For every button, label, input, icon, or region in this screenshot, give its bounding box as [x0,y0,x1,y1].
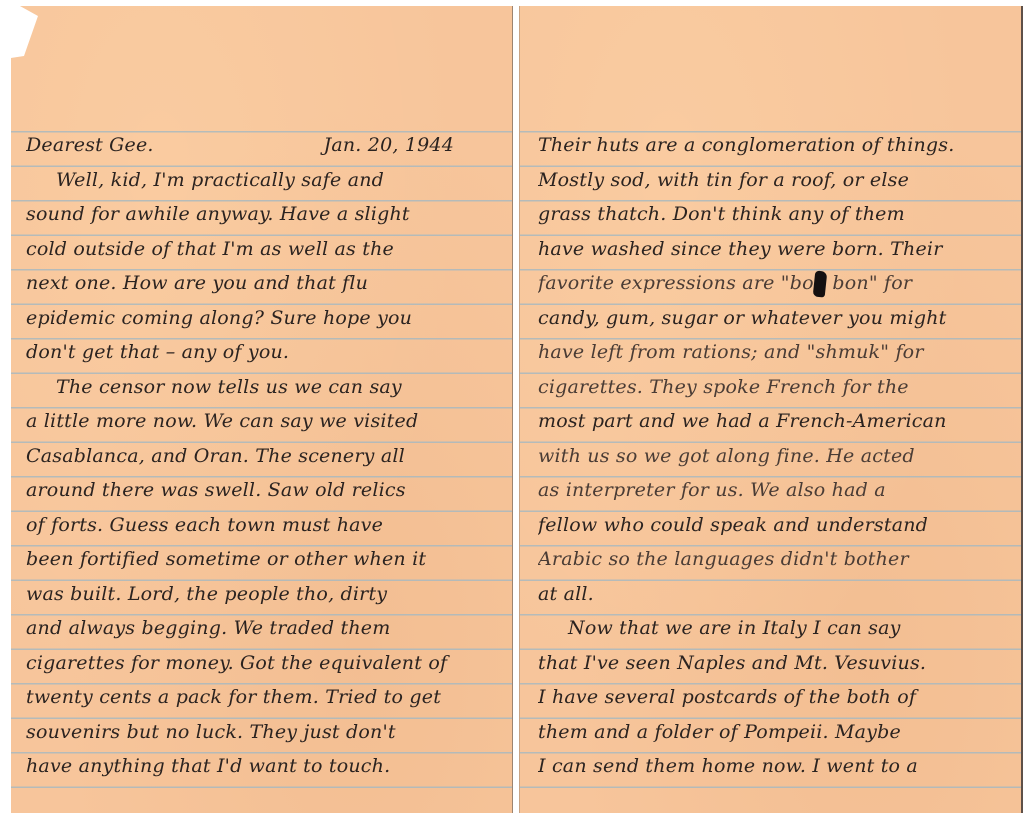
text-line: them and a folder of Pompeii. Maybe [538,717,1011,752]
letter-page-left: Dearest Gee. Jan. 20, 1944 Well, kid, I'… [8,6,513,813]
text-line: most part and we had a French-American [538,406,1011,441]
text-line: that I've seen Naples and Mt. Vesuvius. [538,648,1011,683]
text-line: with us so we got along fine. He acted [538,441,1011,476]
text-line: sound for awhile anyway. Have a slight [26,199,502,234]
text-line: been fortified sometime or other when it [26,544,502,579]
text-line: twenty cents a pack for them. Tried to g… [26,682,502,717]
text-line: candy, gum, sugar or whatever you might [538,303,1011,338]
text-line: a little more now. We can say we visited [26,406,502,441]
text-line: cold outside of that I'm as well as the [26,234,502,269]
left-page-text: Dearest Gee. Jan. 20, 1944 Well, kid, I'… [26,130,502,786]
text-line: souvenirs but no luck. They just don't [26,717,502,752]
text-line: I can send them home now. I went to a [538,751,1011,786]
text-line: Arabic so the languages didn't bother [538,544,1011,579]
letter-page-right: Their huts are a conglomeration of thing… [519,6,1023,813]
text-line: I have several postcards of the both of [538,682,1011,717]
text-line: have anything that I'd want to touch. [26,751,502,786]
text-line: next one. How are you and that flu [26,268,502,303]
text-line: Well, kid, I'm practically safe and [26,165,502,200]
text-line: Casablanca, and Oran. The scenery all [26,441,502,476]
text-line: fellow who could speak and understand [538,510,1011,545]
text-line: The censor now tells us we can say [26,372,502,407]
text-line: around there was swell. Saw old relics [26,475,502,510]
salutation-row: Dearest Gee. Jan. 20, 1944 [26,130,502,165]
text-line: Now that we are in Italy I can say [538,613,1011,648]
text-line: grass thatch. Don't think any of them [538,199,1011,234]
letter-scan: Dearest Gee. Jan. 20, 1944 Well, kid, I'… [0,0,1024,813]
text-line: was built. Lord, the people tho, dirty [26,579,502,614]
text-line: Their huts are a conglomeration of thing… [538,130,1011,165]
salutation: Dearest Gee. [26,130,154,165]
text-line: of forts. Guess each town must have [26,510,502,545]
text-line: cigarettes for money. Got the equivalent… [26,648,502,683]
text-line: at all. [538,579,1011,614]
text-line: have left from rations; and "shmuk" for [538,337,1011,372]
right-page-text: Their huts are a conglomeration of thing… [538,130,1011,786]
text-line: as interpreter for us. We also had a [538,475,1011,510]
text-line: have washed since they were born. Their [538,234,1011,269]
letter-date: Jan. 20, 1944 [324,130,454,165]
text-line: favorite expressions are "bon bon" for [538,268,1011,303]
text-line: cigarettes. They spoke French for the [538,372,1011,407]
text-line: and always begging. We traded them [26,613,502,648]
text-line: don't get that – any of you. [26,337,502,372]
text-line: epidemic coming along? Sure hope you [26,303,502,338]
text-line: Mostly sod, with tin for a roof, or else [538,165,1011,200]
